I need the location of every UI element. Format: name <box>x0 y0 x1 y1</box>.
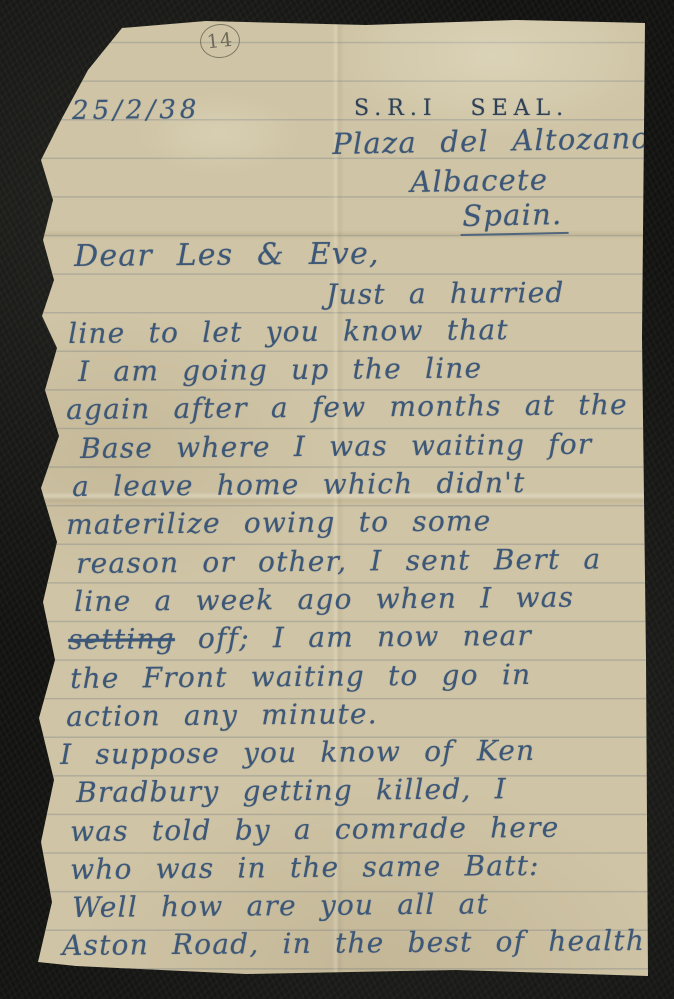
letter-date: 25/2/38 <box>72 97 200 124</box>
letter-line: reason or other, I sent Bert a <box>76 545 601 578</box>
letter-line: was told by a comrade here <box>70 814 560 846</box>
letter-line: who was in the same Batt: <box>70 852 540 884</box>
address-line-2: Albacete <box>410 165 548 197</box>
letter-line: a leave home which didn't <box>72 469 526 501</box>
letter-line: Bradbury getting killed, I <box>76 775 507 807</box>
address-line-1: Plaza del Altozano <box>332 124 650 159</box>
letter-line: Well how are you all at <box>72 890 489 922</box>
salutation: Dear Les & Eve, <box>74 239 380 272</box>
letter-line: Just a hurried <box>326 279 565 309</box>
page-number: 14 <box>206 29 234 54</box>
photo-background: 14 25/2/38 S.R.I SEAL. Plaza del Altozan… <box>0 0 674 999</box>
struck-word: setting <box>68 622 175 656</box>
org-line: S.R.I SEAL. <box>354 96 569 121</box>
letter-line: line a week ago when I was <box>74 584 574 616</box>
letter-paper: 14 25/2/38 S.R.I SEAL. Plaza del Altozan… <box>36 18 648 982</box>
letter-line: I suppose you know of Ken <box>60 737 535 769</box>
letter-line: Base where I was waiting for <box>80 431 593 463</box>
letter-line: action any minute. <box>66 700 378 731</box>
letter-line-rest: off; I am now near <box>175 619 532 655</box>
letter-line: materilize owing to some <box>66 507 492 539</box>
letter-line: again after a few months at the <box>66 391 628 424</box>
letter-line: setting off; I am now near <box>68 622 532 654</box>
page-number-annotation: 14 <box>198 22 241 60</box>
address-line-3: Spain. <box>460 200 569 236</box>
letter-line: line to let you know that <box>68 316 509 348</box>
letter-line: I am going up the line <box>78 354 482 386</box>
letter-line: Aston Road, in the best of health <box>62 927 645 960</box>
letter-line: the Front waiting to go in <box>70 661 531 693</box>
